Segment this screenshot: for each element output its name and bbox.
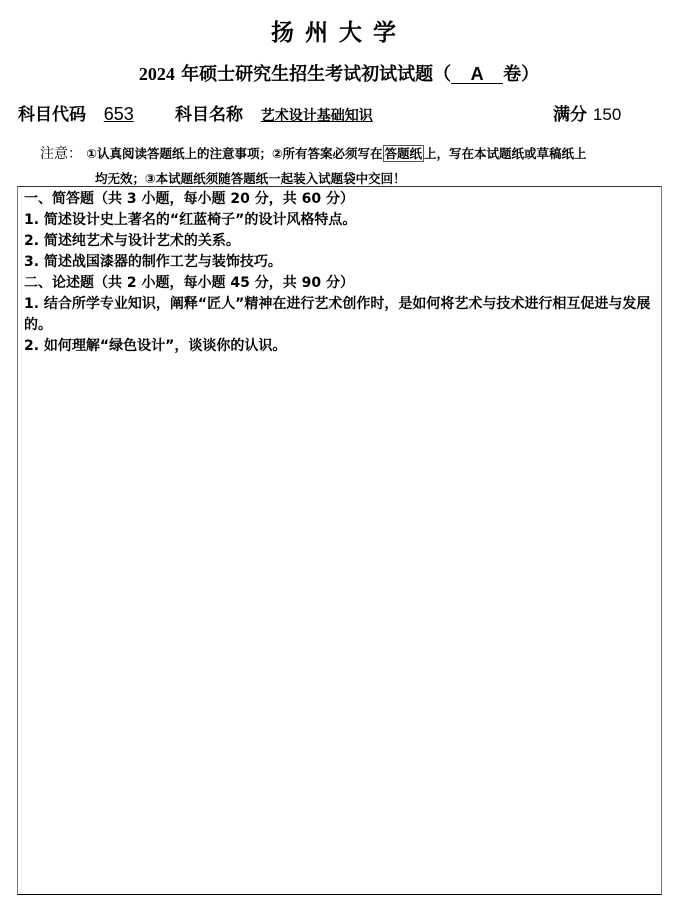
university-title: 扬州大学 [0,14,678,47]
notice-line-2: 均无效；③本试题纸须随答题纸一起装入试题袋中交回！ [95,169,406,187]
notice-line-1: 注意： ①认真阅读答题纸上的注意事项；②所有答案必须写在答题纸上，写在本试题纸或… [40,143,587,163]
exam-title-text: 年硕士研究生招生考试初试试题（ [181,64,451,85]
subject-code-value: 653 [104,104,134,124]
full-score-label: 满分 [553,105,587,125]
question-item: 1. 简述设计史上著名的“红蓝椅子”的设计风格特点。 [24,210,656,231]
subject-code: 科目代码 653 [18,100,134,125]
question-box: 一、简答题（共 3 小题，每小题 20 分，共 60 分） 1. 简述设计史上著… [17,186,662,895]
subject-name: 科目名称 艺术设计基础知识 [175,100,373,125]
paper-version: A [451,65,503,84]
exam-year: 2024 [139,64,175,84]
notice-label: 注意： [40,146,82,162]
exam-title: 2024 年硕士研究生招生考试初试试题（A卷） [0,60,678,86]
section-heading: 二、论述题（共 2 小题，每小题 45 分，共 90 分） [24,273,656,294]
question-item: 1. 结合所学专业知识，阐释“匠人”精神在进行艺术创作时，是如何将艺术与技术进行… [24,294,656,336]
subject-name-label: 科目名称 [175,105,243,125]
answer-sheet-boxed: 答题纸 [383,145,425,162]
question-list: 一、简答题（共 3 小题，每小题 20 分，共 60 分） 1. 简述设计史上著… [24,189,656,357]
full-score-value: 150 [593,105,621,124]
full-score: 满分 150 [553,100,621,125]
notice-text-b: 上，写在本试题纸或草稿纸上 [424,146,587,161]
question-item: 3. 简述战国漆器的制作工艺与装饰技巧。 [24,252,656,273]
exam-title-suffix: 卷） [503,64,539,85]
question-item: 2. 简述纯艺术与设计艺术的关系。 [24,231,656,252]
subject-name-value: 艺术设计基础知识 [261,108,373,124]
notice-text-a: ①认真阅读答题纸上的注意事项；②所有答案必须写在 [86,146,382,161]
section-heading: 一、简答题（共 3 小题，每小题 20 分，共 60 分） [24,189,656,210]
question-item: 2. 如何理解“绿色设计”，谈谈你的认识。 [24,336,656,357]
subject-code-label: 科目代码 [18,105,86,125]
